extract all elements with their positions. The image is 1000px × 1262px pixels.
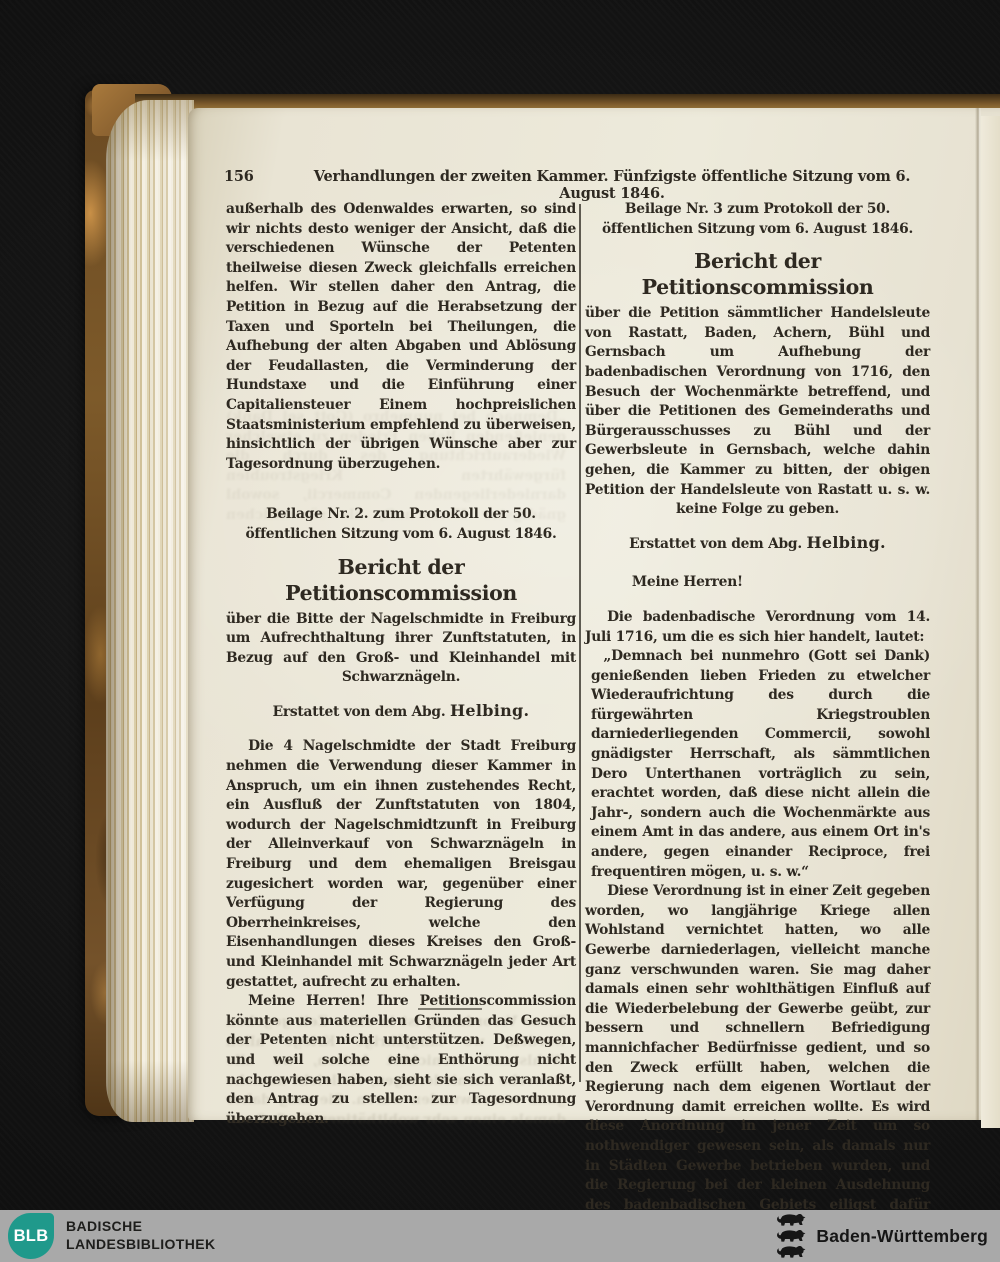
running-header-row: 156 Verhandlungen der zweiten Kammer. Fü… (224, 168, 936, 202)
reporter-line: Erstattet von dem Abg. Helbing. (226, 701, 576, 723)
reporter-prefix: Erstattet von dem Abg. (273, 704, 450, 720)
left-text-column: außerhalb des Odenwaldes erwarten, so si… (226, 200, 576, 1129)
page-stack-edges (106, 100, 194, 1122)
adjacent-page-edge (981, 116, 1000, 1128)
blb-logo-text: BLB (14, 1227, 49, 1246)
beilage-caption: Beilage Nr. 2. zum Protokoll der 50. öff… (226, 505, 576, 544)
reporter-line: Erstattet von dem Abg. Helbing. (585, 533, 930, 555)
library-name-line1: BADISCHE (66, 1217, 216, 1235)
scanned-page: 156 Verhandlungen der zweiten Kammer. Fü… (188, 108, 1000, 1120)
reporter-name: Helbing. (450, 701, 529, 720)
beilage-caption: Beilage Nr. 3 zum Protokoll der 50. öffe… (585, 200, 930, 239)
paragraph: Meine Herren! Ihre Petitionscommission k… (226, 992, 576, 1129)
right-text-column: Beilage Nr. 3 zum Protokoll der 50. öffe… (585, 200, 930, 1255)
report-subtitle: über die Petition sämmtlicher Handelsleu… (585, 304, 930, 520)
library-footer-bar: BLB BADISCHE LANDESBIBLIOTHEK Baden-Würt… (0, 1210, 1000, 1262)
library-name-line2: LANDESBIBLIOTHEK (66, 1235, 216, 1253)
salutation: Meine Herren! (585, 573, 930, 593)
show-through-rule (418, 1008, 482, 1010)
state-name: Baden-Württemberg (816, 1226, 988, 1247)
report-subtitle: über die Bitte der Nagelschmidte in Frei… (226, 610, 576, 688)
three-lions-icon (776, 1213, 806, 1259)
digitized-book-viewer: 156 Verhandlungen der zweiten Kammer. Fü… (0, 0, 1000, 1262)
reporter-prefix: Erstattet von dem Abg. (629, 536, 806, 552)
column-divider-rule (579, 204, 581, 1082)
page-number: 156 (224, 168, 288, 185)
paragraph: Die badenbadische Verordnung vom 14. Jul… (585, 608, 930, 647)
paragraph: Diese Verordnung ist in einer Zeit gegeb… (585, 882, 930, 1254)
running-header: Verhandlungen der zweiten Kammer. Fünfzi… (288, 168, 936, 202)
reporter-name: Helbing. (806, 533, 885, 552)
page-gutter-crease (975, 108, 981, 1120)
paragraph: Die 4 Nagelschmidte der Stadt Freiburg n… (226, 737, 576, 992)
ordinance-quote: „Demnach bei nunmehro (Gott sei Dank) ge… (585, 647, 930, 882)
blb-logo: BLB (8, 1213, 54, 1259)
report-title: Bericht der Petitionscommission (226, 554, 576, 606)
report-title: Bericht der Petitionscommission (585, 248, 930, 300)
library-name: BADISCHE LANDESBIBLIOTHEK (66, 1217, 216, 1253)
state-brand: Baden-Württemberg (776, 1210, 988, 1262)
paragraph: außerhalb des Odenwaldes erwarten, so si… (226, 200, 576, 474)
